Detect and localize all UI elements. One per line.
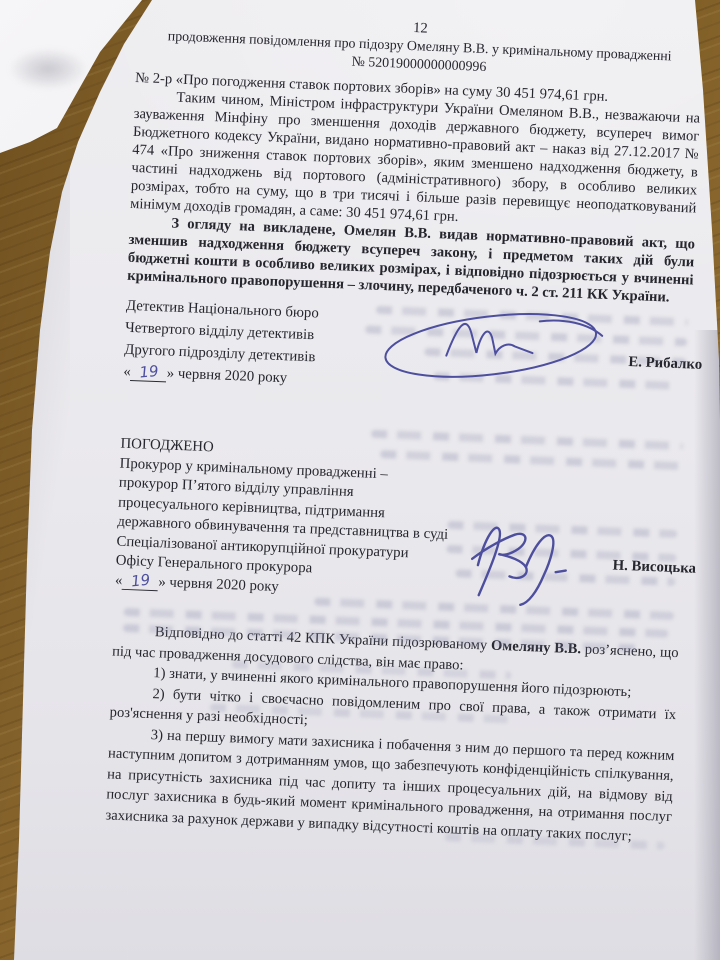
paragraph-takym-chynom: Таким чином, Міністром інфраструктури Ук… bbox=[130, 87, 701, 236]
rights-section: Відповідно до статті 42 КПК України підо… bbox=[105, 621, 679, 849]
date-rest: » червня 2020 року bbox=[158, 574, 279, 595]
approval-block: ПОГОДЖЕНО Прокурор у кримінальному прова… bbox=[115, 435, 687, 614]
rights-item-3: 3) на першу вимогу мати захисника і поба… bbox=[105, 723, 675, 848]
handwritten-day: 19 bbox=[139, 364, 159, 380]
page-content: 12 продовження повідомлення про підозру … bbox=[105, 8, 703, 848]
photo-of-document: { "colors":{"paper":"#eae9ed","desk_wood… bbox=[0, 0, 720, 960]
document-page: 12 продовження повідомлення про підозру … bbox=[0, 0, 720, 960]
handwritten-day: 19 bbox=[130, 572, 150, 588]
prosecutor-signature bbox=[462, 507, 581, 612]
page-right-edge-shadow bbox=[694, 330, 720, 960]
corner-sheet-smudge bbox=[8, 48, 88, 90]
date-blank: 19 bbox=[122, 572, 159, 590]
prosecutor-name: Н. Висоцька bbox=[612, 557, 696, 580]
date-rest: » червня 2020 року bbox=[166, 365, 287, 386]
detective-signature-block: Детектив Національного бюро Четвертого в… bbox=[122, 295, 692, 422]
date-blank: 19 bbox=[130, 364, 167, 382]
detective-signature bbox=[379, 289, 608, 396]
detective-name: Е. Рибалко bbox=[628, 351, 703, 376]
